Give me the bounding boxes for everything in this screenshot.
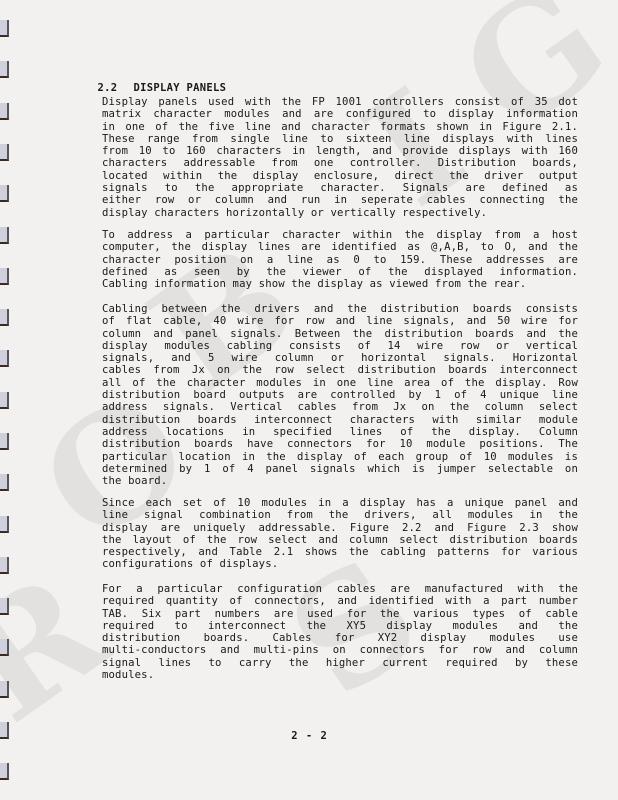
paragraph-uniquely-addressable: Since each set of 10 modules in a displa… — [102, 497, 578, 571]
text-line: matrix character modules and are configu… — [102, 108, 578, 120]
text-line: either row or column and run in seperate… — [102, 194, 578, 206]
section-title: DISPLAY PANELS — [134, 82, 227, 94]
text-line: configurations of displays. — [102, 558, 578, 570]
text-line: of flat cable, 40 wire for row and line … — [102, 315, 578, 327]
text-line: For a particular configuration cables ar… — [102, 583, 578, 595]
text-line: column and panel signals. Between the di… — [102, 328, 578, 340]
text-line: Display panels used with the FP 1001 con… — [102, 96, 578, 108]
text-line: distribution boards have connectors for … — [102, 438, 578, 450]
text-line: Cabling between the drivers and the dist… — [102, 303, 578, 315]
text-line: the board. — [102, 475, 578, 487]
text-line: computer, the display lines are identifi… — [102, 241, 578, 253]
text-line: modules. — [102, 669, 578, 681]
text-line: display modules cabling consists of 14 w… — [102, 340, 578, 352]
text-line: distribution boards. Cables for XY2 disp… — [102, 632, 578, 644]
text-line: Cabling information may show the display… — [102, 278, 578, 290]
text-line: TAB. Six part numbers are used for the v… — [102, 608, 578, 620]
text-line: Since each set of 10 modules in a displa… — [102, 497, 578, 509]
text-line: characters addressable from one controll… — [102, 157, 578, 169]
text-line: required to interconnect the XY5 display… — [102, 620, 578, 632]
text-line: address locations in specified lines of … — [102, 426, 578, 438]
paragraph-cable-part-numbers: For a particular configuration cables ar… — [102, 583, 578, 681]
text-line: These range from single line to sixteen … — [102, 133, 578, 145]
text-line: multi-conductors and multi-pins on conne… — [102, 644, 578, 656]
text-line: signal lines to carry the higher current… — [102, 657, 578, 669]
text-line: To address a particular character within… — [102, 229, 578, 241]
text-line: defined as seen by the viewer of the dis… — [102, 266, 578, 278]
text-line: line signal combination from the drivers… — [102, 509, 578, 521]
text-line: from 10 to 160 characters in length, and… — [102, 145, 578, 157]
paragraph-display-panels: Display panels used with the FP 1001 con… — [102, 96, 578, 219]
section-number: 2.2 — [98, 82, 134, 94]
text-line: distribution boards interconnect charact… — [102, 414, 578, 426]
text-line: required quantity of connectors, and ide… — [102, 595, 578, 607]
text-line: character position on a line as 0 to 159… — [102, 254, 578, 266]
text-line: located within the display enclosure, di… — [102, 170, 578, 182]
text-line: in one of the five line and character fo… — [102, 121, 578, 133]
text-line: determined by 1 of 4 panel signals which… — [102, 463, 578, 475]
text-line: display are uniquely addressable. Figure… — [102, 522, 578, 534]
text-line: address signals. Vertical cables from Jx… — [102, 401, 578, 413]
text-line: cables from Jx on the row select distrib… — [102, 364, 578, 376]
page-number: 2 - 2 — [0, 730, 618, 742]
document-page: 2.2DISPLAY PANELS Display panels used wi… — [0, 0, 618, 800]
text-line: display characters horizontally or verti… — [102, 207, 578, 219]
paragraph-addressing: To address a particular character within… — [102, 229, 578, 290]
paragraph-cabling: Cabling between the drivers and the dist… — [102, 303, 578, 487]
text-line: the layout of the row select and column … — [102, 534, 578, 546]
text-line: signals, and 5 wire column or horizontal… — [102, 352, 578, 364]
text-line: particular location in the display of ea… — [102, 451, 578, 463]
text-line: signals to the appropriate character. Si… — [102, 182, 578, 194]
text-line: respectively, and Table 2.1 shows the ca… — [102, 546, 578, 558]
text-line: all of the character modules in one line… — [102, 377, 578, 389]
text-line: distribution board outputs are controlle… — [102, 389, 578, 401]
